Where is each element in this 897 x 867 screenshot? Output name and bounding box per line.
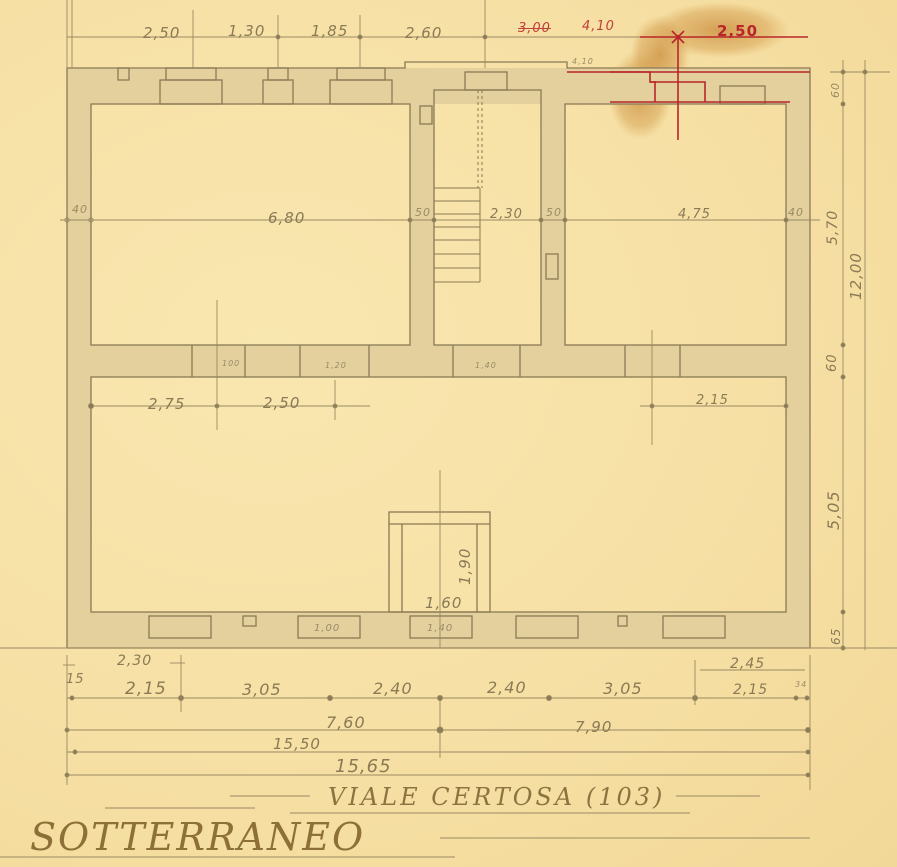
dim-total-inner: 15,50	[273, 737, 321, 752]
dim-bottom-2: 3,05	[242, 682, 282, 698]
dim-lower-right: 2,15	[696, 394, 729, 407]
dim-niche-width: 1,60	[425, 596, 462, 611]
dim-stair-right-wall: 50	[546, 207, 562, 218]
dim-total-outer: 15,65	[335, 758, 392, 776]
dim-right-total: 12,00	[849, 252, 864, 300]
dim-opening-2: 1,20	[325, 362, 347, 370]
dim-bottom-4: 2,40	[487, 680, 527, 696]
dim-stair-width: 2,30	[490, 208, 523, 221]
dim-half-right: 7,90	[575, 720, 612, 735]
drawing-title: SOTTERRANEO	[30, 818, 365, 856]
dim-bottom-5: 3,05	[603, 681, 643, 697]
dim-bottom-offset: 15	[66, 673, 85, 686]
dim-bottom-3: 2,40	[373, 681, 413, 697]
dim-bottom-span-right: 2,45	[730, 657, 765, 671]
dim-top-4: 2,60	[405, 26, 442, 41]
dim-right-upper-room: 5,70	[826, 210, 840, 245]
dim-top-correction: 4,10	[582, 20, 615, 33]
wall-fill	[67, 68, 810, 648]
dim-upper-left-width: 6,80	[268, 211, 305, 226]
dim-top-3: 1,85	[311, 24, 348, 39]
dim-top-red: 2,50	[717, 24, 758, 39]
dim-right-bottom-wall: 65	[830, 628, 842, 645]
dim-window-1: 1,00	[314, 624, 340, 634]
dim-right-mid-wall: 60	[826, 353, 839, 372]
dim-bottom-end: 34	[795, 681, 807, 689]
floor-plan-drawing	[0, 0, 897, 867]
dim-top-struck: 3,00	[518, 22, 551, 35]
dim-left-wall: 40	[72, 204, 88, 215]
dim-bottom-6: 2,15	[733, 683, 768, 697]
dim-top-1: 2,50	[143, 26, 180, 41]
dim-opening-3: 1,40	[475, 362, 497, 370]
dim-top-2: 1,30	[228, 24, 265, 39]
dim-opening-1: 100	[222, 360, 240, 368]
dim-half-left: 7,60	[326, 715, 366, 731]
dim-right-lower-room: 5,05	[826, 490, 842, 530]
dim-niche-depth: 1,90	[458, 548, 473, 585]
dimension-lines	[0, 0, 897, 857]
dim-upper-right-width: 4,75	[678, 208, 711, 221]
dim-lower-2: 2,50	[263, 396, 300, 411]
dim-window-2: 1,40	[427, 624, 453, 634]
dim-bottom-span-left: 2,30	[117, 654, 152, 668]
dim-right-wall: 40	[788, 207, 804, 218]
dim-stair-left-wall: 50	[415, 207, 431, 218]
street-label: VIALE CERTOSA (103)	[328, 785, 665, 809]
dim-lower-1: 2,75	[148, 397, 185, 412]
dim-top-note: 4,10	[572, 58, 594, 66]
dim-bottom-1: 2,15	[125, 681, 167, 698]
dim-right-top-wall: 60	[830, 82, 841, 98]
